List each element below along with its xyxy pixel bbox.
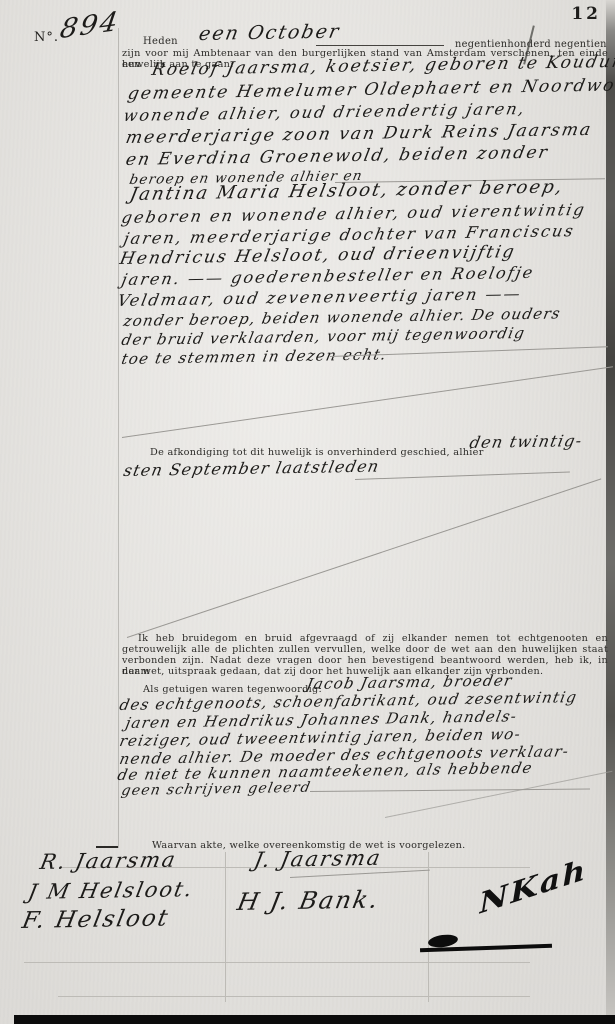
margin-rule [118, 28, 119, 848]
official-signature: NKah [479, 853, 588, 921]
signature-grid-hline [24, 962, 530, 963]
signature: J. Jaarsma [252, 846, 384, 872]
signature: H J. Bank. [235, 886, 382, 916]
bride-line: toe te stemmen in dezen echt. [120, 345, 389, 368]
signature: F. Helsloot [20, 905, 172, 934]
signature-grid-vline [225, 852, 226, 1002]
printed-declaration-line: Ik heb bruidegom en bruid afgevraagd of … [122, 633, 608, 644]
announcement-date-hw: den twintig- [468, 431, 584, 452]
binding-shadow [606, 0, 615, 1024]
printed-announcement: De afkondiging tot dit huwelijk is onver… [150, 447, 484, 458]
folio-number: 12 [571, 4, 601, 24]
act-number: 894 [58, 6, 122, 45]
signature: R. Jaarsma [38, 848, 179, 874]
printed-declaration-line: getrouwelijk alle de plichten zullen ver… [122, 644, 608, 655]
scan-edge-bar [14, 1015, 615, 1024]
handwritten-date: een October [197, 21, 342, 45]
marriage-record-scan: 12 N°. 894 Heden een October negentienho… [0, 0, 615, 1024]
form-rule [316, 45, 444, 46]
margin-dash [96, 846, 118, 848]
witness-line: geen schrijven geleerd [120, 780, 312, 799]
strike-line [355, 471, 570, 480]
announcement-date-hw: sten September laatstleden [122, 457, 381, 480]
printed-heden: Heden [143, 36, 178, 47]
signature-grid-vline [428, 852, 429, 1002]
diagonal-strike [127, 478, 601, 638]
signature: J M Helsloot. [26, 877, 196, 904]
groom-line: gemeente Hemelumer Oldephaert en Noordwo… [126, 75, 615, 104]
strike-line [310, 789, 590, 792]
diagonal-strike [122, 366, 613, 438]
act-number-label: N°. [34, 30, 59, 45]
signature-grid-hline [58, 996, 530, 997]
